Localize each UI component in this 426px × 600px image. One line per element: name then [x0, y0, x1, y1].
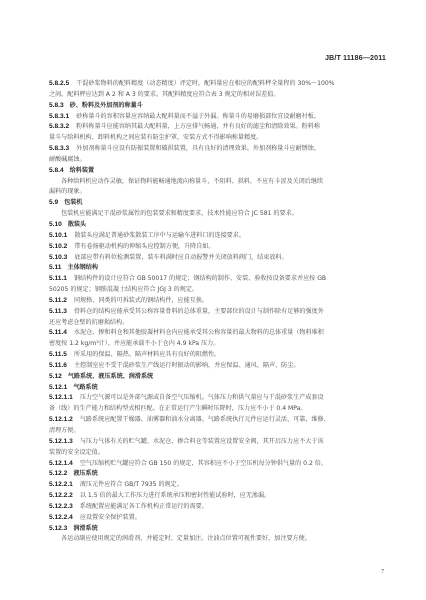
section-heading: 5.9包装机: [49, 198, 386, 209]
clause-number: 5.9: [49, 199, 58, 206]
clause-number: 5.12.1.1: [49, 394, 73, 401]
section-heading: 5.10散装头: [49, 220, 386, 231]
clause-text: 量斗与给料机构、卸料机构之间应装有防尘护罩，安装方式不得影响称量精度。: [49, 134, 262, 141]
clause-text: 压力空气源可以是外部气源或自备空气压缩机。气体压力和供气量应与干混砂浆生产成套设: [80, 394, 324, 401]
paragraph-line: 5.11.5所采用的保温、隔热、隔声材料应具有良好的阻燃性。: [49, 350, 386, 361]
clause-number: 5.11.1: [49, 275, 67, 282]
paragraph-line: 5.11.4水泥仓、掺和料仓和其他胶凝材料仓内应能承受其公称容量的最大物料的总体…: [49, 328, 386, 339]
section-heading: 5.12.1气路系统: [49, 383, 386, 394]
paragraph-line: 5.8.3.1砂称量斗的容积容量应容纳最大配料量而不溢于外漏。称量斗的易磨损部位…: [49, 112, 386, 123]
heading-text: 气路系统: [73, 384, 97, 391]
clause-number: 5.8.2.5: [49, 80, 69, 87]
clause-text: 粉料称量斗应能容纳其最大配料量，上方应排气畅通，并有良好的滤尘和清除效果。粉料称: [76, 123, 320, 130]
paragraph-line: 5.8.3.2粉料称量斗应能容纳其最大配料量，上方应排气畅通，并有良好的滤尘和清…: [49, 122, 386, 133]
clause-text: 各运动副应使用规定的润滑剂，并能定时、定量加注。注油点位置可视性要好，加注要方便…: [61, 535, 311, 542]
paragraph-line: 5.12.2.2以 1.5 倍的最大工作压力进行系统承压和密封性能试验时，应无渗…: [49, 491, 386, 502]
clause-text: 漏料的现象。: [49, 188, 86, 195]
clause-text: 密度按 1.2 kg/m³计），并应能承载不小于仓内 4.9 kPa 压力。: [49, 340, 219, 347]
clause-text: 同规格、同类的可拆装式的钢结构件，应能互换。: [74, 297, 208, 304]
clause-text: 水泥仓、掺和料仓和其他胶凝材料仓内应能承受其公称容量的最大物料的总体重量（物料堆…: [74, 329, 324, 336]
section-heading: 5.11主体钢结构: [49, 263, 386, 274]
paragraph-line: 5.12.1.4空气压缩机贮气罐应符合 GB 150 的规定，其容积应不小于空压…: [49, 459, 386, 470]
clause-text: 各种给料机应动作灵敏，保证物料能畅通地流向称量斗，不阻料、拱料，不应有卡涩及关闭…: [61, 178, 323, 185]
clause-number: 5.11.2: [49, 297, 67, 304]
clause-number: 5.8.3: [49, 102, 64, 109]
paragraph-line: 5.12.1.2气路系统应配置干燥器、油雾器和油水分离器。气路系统执行元件应运行…: [49, 415, 386, 426]
clause-number: 5.12.2.2: [49, 492, 73, 499]
section-heading: 5.12.2液压系统: [49, 469, 386, 480]
paragraph-line: 50205 的规定；钢筋混凝土结构应符合 JGJ 3 的规定。: [49, 285, 386, 296]
paragraph-line: 漏料的现象。: [49, 187, 386, 198]
paragraph-line: 5.8.2.5干混砂浆物料的配料精度（动态精度）评定时，配料量应在相应的配料秤全…: [49, 79, 386, 90]
heading-text: 主体钢结构: [67, 264, 97, 271]
clause-number: 5.11.3: [49, 308, 67, 315]
clause-number: 5.8.4: [49, 167, 64, 174]
paragraph-line: 5.11.6主控制室应不受干混砂浆生产线运行时振动的影响，并应保温、通风、隔声、…: [49, 361, 386, 372]
paragraph-line: 5.12.1.1压力空气源可以是外部气源或自备空气压缩机。气体压力和供气量应与干…: [49, 393, 386, 404]
paragraph-line: 各运动副应使用规定的润滑剂，并能定时、定量加注。注油点位置可视性要好，加注要方便…: [49, 534, 386, 545]
clause-text: 气路系统应配置干燥器、油雾器和油水分离器。气路系统执行元件应运行灵活、可靠，维修…: [80, 416, 330, 423]
clause-text: 还应考虑仓壁的抗磨损结构。: [49, 319, 128, 326]
paragraph-line: 5.11.1钢结构件的设计应符合 GB 50017 的规定；钢结构的制作、安装、…: [49, 274, 386, 285]
clause-text: 空气压缩机贮气罐应符合 GB 150 的规定，其容积应不小于空压机每分钟供气量的…: [80, 460, 327, 467]
clause-number: 5.12.3: [49, 525, 67, 532]
paragraph-line: 装置的安全设定值。: [49, 448, 386, 459]
clause-text: 底部应带有料位检测装置，装车料满时应自动报警并关闭放料阀门，结束放料。: [74, 254, 287, 261]
paragraph-line: 5.12.2.4应设置安全保护装置。: [49, 513, 386, 524]
page-number: 7: [381, 568, 384, 575]
clause-number: 5.12.1.4: [49, 460, 73, 467]
heading-text: 气路系统、液压系统、润滑系统: [68, 373, 153, 380]
clause-text: 应设置安全保护装置。: [80, 514, 141, 521]
paragraph-line: 5.11.3骨料仓的结构应能承受其公称容量骨料的总体重量，主要部位的设计与制作除…: [49, 307, 386, 318]
clause-number: 5.8.3.3: [49, 145, 69, 152]
clause-number: 5.11.5: [49, 351, 67, 358]
document-body: 5.8.2.5干混砂浆物料的配料精度（动态精度）评定时，配料量应在相应的配料秤全…: [49, 79, 386, 545]
standard-code-header: JB/T 11186—2011: [325, 53, 386, 62]
paragraph-line: 之间。配料秤应达到 A 2 和 A 3 的要求。其配料精度应符合表 3 规定的相…: [49, 90, 386, 101]
paragraph-line: 包装机应能满足干混砂浆属性的包装要求和精度要求，技术性能应符合 JC 581 的…: [49, 209, 386, 220]
clause-number: 5.8.3.1: [49, 113, 69, 120]
clause-text: 系统配置应能满足各工作机构正常运行的需要。: [80, 503, 208, 510]
clause-number: 5.11.4: [49, 329, 67, 336]
clause-text: 砂称量斗的容积容量应容纳最大配料量而不溢于外漏。称量斗的易磨损部位宜设耐磨衬板。: [76, 113, 320, 120]
clause-text: 主控制室应不受干混砂浆生产线运行时振动的影响，并应保温、通风、隔声、防尘。: [74, 362, 299, 369]
paragraph-line: 耐酸碱腐蚀。: [49, 155, 386, 166]
paragraph-line: 5.11.2同规格、同类的可拆装式的钢结构件，应能互换。: [49, 296, 386, 307]
section-heading: 5.8.3砂、粉料及外加剂的称量斗: [49, 101, 386, 112]
clause-text: 钢结构件的设计应符合 GB 50017 的规定；钢结构的制作、安装、验收按设备要…: [74, 275, 326, 282]
clause-number: 5.12: [49, 373, 62, 380]
clause-number: 5.10: [49, 221, 62, 228]
paragraph-line: 5.12.2.3系统配置应能满足各工作机构正常运行的需要。: [49, 502, 386, 513]
paragraph-line: 量斗与给料机构、卸料机构之间应装有防尘护罩，安装方式不得影响称量精度。: [49, 133, 386, 144]
clause-number: 5.10.3: [49, 254, 67, 261]
paragraph-line: 5.8.3.3外加剂称量斗应设有防振装置和破拱装置，具有良好的清理效果。外加剂称…: [49, 144, 386, 155]
paragraph-line: 备（线）的生产能力和结构型式相匹配。在正常运行产生瞬时压降时，压力应不小于 0.…: [49, 404, 386, 415]
heading-text: 散装头: [68, 221, 86, 228]
clause-number: 5.10.1: [49, 232, 67, 239]
clause-number: 5.12.2.3: [49, 503, 73, 510]
clause-text: 外加剂称量斗应设有防振装置和破拱装置，具有良好的清理效果。外加剂称量斗应耐锈蚀、: [76, 145, 320, 152]
heading-text: 润滑系统: [73, 525, 97, 532]
paragraph-line: 还应考虑仓壁的抗磨损结构。: [49, 318, 386, 329]
clause-number: 5.11.6: [49, 362, 67, 369]
clause-number: 5.11: [49, 264, 61, 271]
heading-text: 液压系统: [73, 470, 97, 477]
clause-text: 清理方便。: [49, 427, 79, 434]
clause-text: 装置的安全设定值。: [49, 449, 104, 456]
clause-text: 耐酸碱腐蚀。: [49, 156, 86, 163]
paragraph-line: 密度按 1.2 kg/m³计），并应能承载不小于仓内 4.9 kPa 压力。: [49, 339, 386, 350]
clause-number: 5.12.2.4: [49, 514, 73, 521]
paragraph-line: 5.10.3底部应带有料位检测装置，装车料满时应自动报警并关闭放料阀门，结束放料…: [49, 253, 386, 264]
heading-text: 包装机: [64, 199, 82, 206]
clause-text: 包装机应能满足干混砂浆属性的包装要求和精度要求，技术性能应符合 JC 581 的…: [61, 210, 298, 217]
clause-number: 5.12.1.3: [49, 438, 73, 445]
paragraph-line: 5.10.2带有卷扬驱动机构的伸缩头应控制方便，升降自如。: [49, 242, 386, 253]
clause-number: 5.12.2: [49, 470, 67, 477]
clause-text: 50205 的规定；钢筋混凝土结构应符合 JGJ 3 的规定。: [49, 286, 198, 293]
section-heading: 5.12.3润滑系统: [49, 524, 386, 535]
clause-text: 骨料仓的结构应能承受其公称容量骨料的总体重量，主要部位的设计与制作除有足够的强度…: [74, 308, 324, 315]
clause-number: 5.12.1: [49, 384, 67, 391]
section-heading: 5.12气路系统、液压系统、润滑系统: [49, 372, 386, 383]
clause-text: 干混砂浆物料的配料精度（动态精度）评定时，配料量应在相应的配料秤全量程的 30%…: [76, 80, 334, 87]
clause-text: 之间。配料秤应达到 A 2 和 A 3 的要求。其配料精度应符合表 3 规定的相…: [49, 91, 279, 98]
clause-text: 带有卷扬驱动机构的伸缩头应控制方便，升降自如。: [74, 243, 214, 250]
clause-number: 5.12.1.2: [49, 416, 73, 423]
paragraph-line: 5.12.2.1液压元件应符合 GB/T 7935 的规定。: [49, 480, 386, 491]
clause-number: 5.12.2.1: [49, 481, 73, 488]
heading-text: 给料装置: [70, 167, 94, 174]
clause-text: 备（线）的生产能力和结构型式相匹配。在正常运行产生瞬时压降时，压力应不小于 0.…: [49, 405, 307, 412]
clause-number: 5.8.3.2: [49, 123, 69, 130]
section-heading: 5.8.4给料装置: [49, 166, 386, 177]
paragraph-line: 5.10.1散装头应满足普通砂浆散装工序中与运输车进料口的连接要求。: [49, 231, 386, 242]
paragraph-line: 清理方便。: [49, 426, 386, 437]
clause-text: 以 1.5 倍的最大工作压力进行系统承压和密封性能试验时，应无渗漏。: [80, 492, 270, 499]
clause-text: 散装头应满足普通砂浆散装工序中与运输车进料口的连接要求。: [74, 232, 245, 239]
clause-text: 液压元件应符合 GB/T 7935 的规定。: [80, 481, 183, 488]
heading-text: 砂、粉料及外加剂的称量斗: [70, 102, 143, 109]
paragraph-line: 5.12.1.3与压力气体有关的贮气罐、水泥仓、掺合料仓等装置应设置安全阀，其开…: [49, 437, 386, 448]
clause-text: 与压力气体有关的贮气罐、水泥仓、掺合料仓等装置应设置安全阀，其开启压力应不大于该: [80, 438, 324, 445]
clause-text: 所采用的保温、隔热、隔声材料应具有良好的阻燃性。: [74, 351, 220, 358]
paragraph-line: 各种给料机应动作灵敏，保证物料能畅通地流向称量斗，不阻料、拱料，不应有卡涩及关闭…: [49, 177, 386, 188]
clause-number: 5.10.2: [49, 243, 67, 250]
